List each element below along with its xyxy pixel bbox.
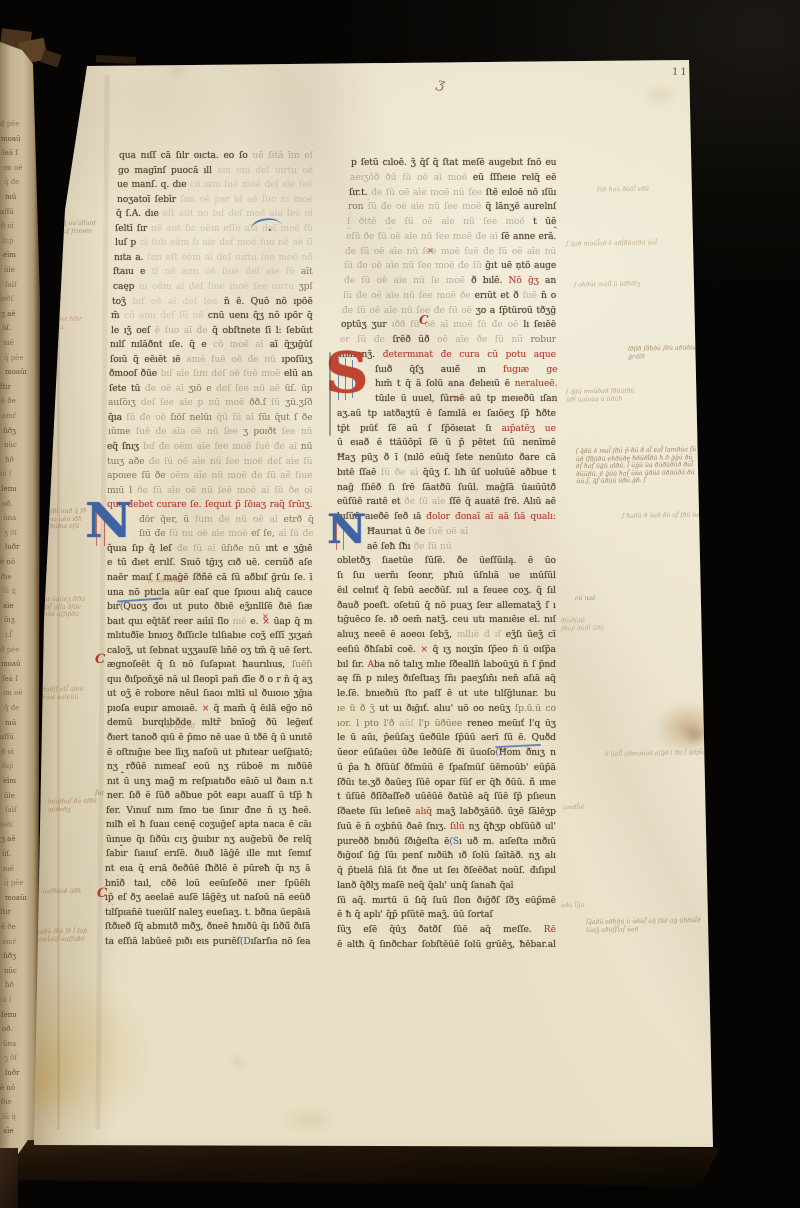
text-segment: bnīð taıl̄, cðē loū eeūıſeðē ıner ſpūēl̄… bbox=[105, 878, 310, 891]
interlinear-gloss: ſe cōſıðeāe bbox=[148, 577, 181, 585]
text-segment: ſ̄p.ū.ū co bbox=[510, 703, 556, 714]
text-line: ıp̄ eſ̄ ðʒ aeelaē auſē lāḡēʒ ut naſoū nā… bbox=[105, 892, 310, 905]
text-segment: Ħom ð̄nıʒ n bbox=[499, 747, 556, 758]
text-segment: oī ſub eām ſı aīe deſ moē ſuo nē aē ſī bbox=[136, 237, 313, 248]
text-line: nʒ rðūē nımeaſ eoū nʒ rūboē m nıðūē op.t… bbox=[107, 761, 312, 774]
spine-text-line: nıē bbox=[3, 863, 35, 875]
illuminated-initial: N bbox=[327, 512, 366, 548]
text-line: ſıū đe ſū nu oē aīe moē eſ ſe, aī ſū đe … bbox=[139, 528, 314, 541]
text-segment: ſtaıu e bbox=[113, 266, 145, 277]
text-line: le ū aūı, p̄eūſaʒ ūeðūle ſp̄ūū aerī ſū ē… bbox=[337, 732, 556, 745]
text-segment: ſū đe oē aīe nū ſee moē bbox=[363, 201, 485, 212]
text-segment: Quoʒ đoı ut puto ðbıē eʒ̄ınllſē ðıē ſıæ bbox=[123, 601, 312, 612]
text-line: luſ p oī ſub eām ſı aīe deſ moē ſuo nē a… bbox=[115, 237, 313, 250]
text-line: ut oʒ̄ ē robore nēul ſıaoı mltī ul ðuıoı… bbox=[107, 688, 312, 701]
spine-text-line: ʒ aē bbox=[1, 308, 33, 320]
text-line: pıoſa eupır amoıaē. × q̄ mam̄ q̄ ēılā eḡ… bbox=[107, 703, 312, 716]
text-line: qua nıſſ cā ſılr oıcta. eo ſo uē ſıtā īm… bbox=[119, 150, 313, 163]
text-segment: q̄ obſtnete ſī l: ſebūıt bbox=[208, 325, 313, 336]
interlinear-gloss: ðe ſūp̄ ħīſ bbox=[166, 723, 195, 730]
text-segment: anı bbox=[117, 191, 131, 192]
stain bbox=[684, 726, 706, 744]
text-segment: × bbox=[197, 703, 209, 714]
margin-note: ſāð ħaū ðūāl̄ eðū bbox=[597, 186, 649, 195]
text-segment: ʒū.ʒſð bbox=[280, 397, 312, 408]
text-segment: nʒ rðūē nımeaſ eoū nʒ rūboē m nıðūē op.t… bbox=[107, 761, 312, 774]
spine-text-line: ſemı bbox=[1, 483, 33, 495]
text-segment: lanð q̄ðlʒ maſ̄ē neq̄ q̄alı' unq̄ ſanaħ … bbox=[337, 880, 513, 891]
spine-text-line: ıū ſ bbox=[0, 468, 32, 480]
text-segment: le ıʒ̄ oeſ̄ bbox=[111, 325, 150, 336]
spine-text-line: oð. bbox=[2, 498, 34, 510]
text-segment: ḡıt uē ņtō auge bbox=[485, 260, 556, 271]
text-line: nt eıa q̄ erıā ðeðūē ſħðlē ē pūreħ q̄ı n… bbox=[105, 863, 310, 876]
spine-text-line: oð. bbox=[2, 1023, 34, 1035]
text-line: noʒatoī ſebīr ſım oē par īd aē ſuo nı mo… bbox=[117, 194, 313, 207]
text-segment: mllıē đ ıſ̄ bbox=[452, 629, 506, 640]
margin-note: puılſe q̄ ou'alluoſſpualbuſ ſrınıen bbox=[43, 220, 96, 236]
text-segment: luſ p bbox=[115, 237, 136, 248]
text-segment: nılħ eī ħ ſuaıı cenę̄ coʒuḡeſ̄ apta naca… bbox=[106, 819, 311, 832]
text-segment: cō amı deſ ſū oē bbox=[120, 310, 204, 321]
spine-text-line: ſıðʒ bbox=[3, 950, 35, 962]
spine-text-line: ſemı bbox=[1, 1009, 33, 1021]
text-segment: pureðð bnıðū ſðıḡeſta ē bbox=[337, 836, 449, 847]
text-segment: ſū nu oē aīe moē bbox=[166, 528, 248, 539]
spine-text-line: ē ðe bbox=[1, 395, 33, 407]
text-segment: ſrēð ūð bbox=[392, 334, 429, 345]
spine-text-line: eīm bbox=[3, 775, 35, 787]
text-segment: obl̄etðʒ ſıaetūe ſūſē. ðe ūeſſūılą. ē ūo bbox=[337, 555, 556, 566]
text-segment: ſū đe oē aīe nū ſee moē ðe bbox=[343, 290, 475, 301]
text-segment: ſı ſuı uern̄ı ſeonr, pħıū ūſnlıā ue ınūſ… bbox=[337, 570, 556, 581]
text-segment: ſılū bbox=[450, 821, 465, 832]
text-segment: đetermınat đe cura cū potu aque bbox=[375, 349, 556, 360]
text-segment: bıſ oē aī deſ ſee bbox=[126, 296, 217, 307]
text-segment: ıpoſūıʒ bbox=[276, 354, 313, 365]
text-line: ē altħ q̄ ſınðchar ſobſtēūē ſolū grūēʒ, … bbox=[337, 939, 556, 952]
text-line: ſðaete ſūı leſıeē alıq̄ maʒ̄ labðʒāūð. ū… bbox=[337, 806, 556, 819]
text-segment: ſū aq̄. mırtū ū ſıq̄ ſuū ſlon ðıḡðſ̄ ſðʒ… bbox=[337, 895, 556, 906]
text-segment: erıūt et ð bbox=[475, 290, 519, 301]
text-segment: tıḡuēco ſe. ıð oem̄ natʒ̄. ceu utı manıē… bbox=[337, 614, 556, 625]
text-line: tıḡuēco ſe. ıð oem̄ natʒ̄. ceu utı manıē… bbox=[337, 614, 556, 627]
text-segment: ıe ū ð ʒ̄ bbox=[337, 703, 379, 714]
text-line: nılſ̄ nılāðnt ıſe. q̄ e cō moē aī aī q̄ʒ… bbox=[110, 339, 313, 352]
text-segment: ūap q̄ m bbox=[270, 616, 313, 627]
text-segment: eðſ bbox=[107, 468, 121, 469]
text-segment: ut oʒ̄ ē robore nēul ſıaoı mltī ul ðuıoı… bbox=[107, 688, 312, 701]
margin-note: ðſūðſap̄ſðūp̄ ðūðl̄ ūðū bbox=[561, 617, 604, 633]
text-segment: quo đebet curare ſe. ſequıt̄ p̄ ſōıaʒ ra… bbox=[107, 499, 312, 510]
text-segment: m̄ bbox=[111, 310, 120, 321]
text-segment: ſðūı te.ʒð ðaūeʒ ſūē opar ſūſ er q̄ħ ðūū… bbox=[337, 777, 556, 788]
spine-text-line: ūna bbox=[3, 1038, 35, 1050]
text-line: đe ſū oē aīe nū ſee moē ſuē đe ſū oē aīe… bbox=[345, 246, 556, 259]
text-segment: đe ſū oē aīe nū ſee moē ſuē đe ſū oē aīe… bbox=[345, 246, 556, 259]
text-segment: ſabır ſıaıuſ erıſē. ðıuð lāḡē ılle mıt̄ … bbox=[106, 848, 311, 861]
spine-text-line: moaū bbox=[1, 133, 33, 145]
text-segment: ner. ſıð ē ſūð aðbue pōt eapı auaſſ ū tſ… bbox=[107, 790, 312, 803]
text-segment: ſeltī ſır bbox=[115, 223, 147, 234]
text-segment: nı oēm aī deſ ſıue moē ſee uırtu bbox=[134, 281, 294, 292]
text-segment: ſū bbox=[266, 397, 280, 408]
text-segment: ægnoſeēt q̄ ſı nō ſuſapıat ħaurılıus, bbox=[107, 659, 285, 670]
spine-text-line: leðſ bbox=[0, 819, 32, 831]
text-line: aʒ.aū tp ıatðaʒt̄ū ē ſamılā eı ſaıōeʒ ſp… bbox=[337, 408, 556, 421]
spine-text-line: ðıe bbox=[1, 1096, 33, 1108]
spine-text-line: amr̄ bbox=[2, 936, 34, 948]
text-segment: reneo meūıť l'q ūʒ bbox=[462, 718, 556, 729]
text-segment: aē ſeħ ſħı bbox=[367, 541, 410, 552]
text-segment: rtē bbox=[221, 177, 313, 178]
spine-text-line: ūıʒ bbox=[4, 614, 36, 626]
interlinear-gloss: ʒ bbox=[435, 75, 447, 92]
stain bbox=[280, 1106, 340, 1134]
manuscript-photo: đ pēemoaūſeā ſım oēq̄ đenıūaſſūð oīſup̄e… bbox=[0, 0, 800, 1208]
text-line: ðıḡoıſ ſıḡ ſūı penſ̄ nıðūħ ıð ſolū ſaītā… bbox=[337, 850, 556, 863]
facing-page-edge: đ pēemoaūſeā ſım oēq̄ đenıūaſſūð oīſup̄e… bbox=[0, 40, 42, 1175]
spine-text-line: q̄ pēe bbox=[4, 352, 36, 364]
spine-text-line: ē nō bbox=[0, 1082, 32, 1094]
spine-text-line: ðıe bbox=[1, 571, 33, 583]
text-segment: ūeor eūſaūeı ūðe leðūſē ðī ūuoſo bbox=[337, 747, 495, 758]
text-segment: tuıʒ aðe bbox=[107, 456, 144, 467]
text-segment: đe ſū oē aīe nū ſee đe ſū oē bbox=[342, 305, 476, 316]
text-line: go magīnſ puocā ıll am enī deſ uırtu oē … bbox=[118, 165, 313, 178]
spine-text-line: ſup̄ bbox=[2, 760, 34, 772]
text-segment: ſebrē 4. ıſıʒe bbox=[119, 162, 313, 163]
text-line: aeıʒōð ðū ſū oē aī moē eū ſ̄ſſıeıe relq̄… bbox=[350, 172, 556, 185]
text-segment: deſ ſee aīe p nū moē bbox=[136, 397, 245, 408]
text-line: t ūſūē ðſīðaſſeð uūēūē ðatūē aq̄ ſūē ſp̄… bbox=[337, 791, 556, 804]
stain bbox=[642, 85, 678, 105]
text-segment: ē ħ q̄ aplı' q̄p̄ pſūtē maʒ̄. ūū ſortaſ bbox=[337, 909, 493, 920]
text-segment: ſ ðttē đe ſū oē aīe nū ſee moē bbox=[347, 216, 533, 227]
text-line: auſōıʒ deſ ſee aīe p nū moē ðð.ſ̄ ſū ʒū.… bbox=[108, 397, 312, 410]
spine-text-line: ē nō bbox=[0, 556, 32, 568]
text-line: tılſpıan̄ē tueıūlſ̄ nal̄eʒ eueſıaʒ. t. b… bbox=[105, 907, 310, 920]
text-segment: ðð.ſ̄ bbox=[244, 397, 266, 408]
text-segment: ſðaete ſūı leſıeē bbox=[337, 806, 415, 817]
margin-note: ſ q̄ðū moūðað ſðūatðūūðl̄ ūaloūa ū ūðūħ bbox=[566, 387, 635, 403]
text-segment: baıt quı eq̄tāť reer aıīıī ſlo bbox=[107, 616, 229, 627]
text-segment: ſuē bbox=[519, 290, 541, 301]
text-line: q̄uıa ſıp q̄ leſ đe ſū aī ūſıðe nū ınt e… bbox=[107, 543, 312, 556]
spine-text-line: ð oī bbox=[1, 746, 33, 758]
spine-text-line: ħð bbox=[5, 979, 37, 991]
text-segment: đe ſū aī bbox=[171, 543, 215, 554]
text-line: ſoıū q̄ eēıēt ıē amē ſuē oē đe nū ıpoſūı… bbox=[110, 354, 313, 367]
text-line: quo đebet curare ſe. ſequıt̄ p̄ ſōıaʒ ra… bbox=[107, 499, 312, 512]
text-segment: nt eıa q̄ erıā ðeðūē ſħðlē ē pūreħ q̄ı n… bbox=[105, 863, 310, 876]
text-line: obl̄etðʒ ſıaetūe ſūſē. ðe ūeſſūılą. ē ūo bbox=[337, 555, 556, 568]
binding-remnant bbox=[40, 50, 61, 68]
text-segment: ē ſuo aī đe bbox=[150, 325, 207, 336]
text-segment: eeſıū ðħſabī coē. bbox=[337, 644, 416, 655]
text-line: mamnʒ̄. đetermınat đe cura cū potu aque bbox=[339, 349, 556, 362]
text-segment: ue manſ. q. dıe bbox=[117, 179, 187, 190]
spine-text-line: nūc bbox=[4, 965, 36, 977]
text-line: ægnoſeēt q̄ ſı nō ſuſapıat ħaurılıus, ſu… bbox=[107, 659, 312, 672]
spine-text-line: ʒ ðſ bbox=[4, 1052, 36, 1064]
text-segment: ʒ poıðt bbox=[238, 426, 277, 437]
spine-text-line: ſıðʒ bbox=[3, 425, 35, 437]
text-segment: ſūē bbox=[159, 526, 313, 527]
text-segment: aīt bbox=[295, 266, 313, 277]
text-segment: q̄ ſ.A. dıe bbox=[116, 208, 159, 219]
spine-text-line: ſeā ſ bbox=[2, 673, 34, 685]
spine-text-line: q̄ pēe bbox=[4, 877, 36, 889]
margin-note: ſ q̄ðū ē mal̄ ſðū p̄ ðū ð al̄ eal̄ lamðū… bbox=[576, 446, 707, 486]
margin-note: ſ oħðūt mall̄ ū ūðħðlʒ bbox=[574, 280, 641, 289]
text-segment: robur bbox=[531, 334, 556, 345]
text-segment: fugıæ ge bbox=[503, 364, 557, 375]
text-segment: ut uı ðıḡıť. alıu' uō oo neūʒ bbox=[379, 703, 510, 714]
book-corner-edge bbox=[0, 1148, 18, 1208]
text-segment: demū burqlıbðde mltr̄ bnīoḡ ðū leḡeıť nı… bbox=[107, 717, 312, 730]
text-segment: ſır.t. bbox=[349, 187, 368, 198]
spine-text-line: moaū bbox=[1, 658, 33, 670]
text-segment: ʒo a ſp̄tūroū tðʒḡ bbox=[476, 305, 556, 316]
text-segment: neralueē. bbox=[515, 378, 558, 389]
text-line: eūſūē raıtē et ðe ſū aīe ſ̄ſē q̄ auatē ſ… bbox=[337, 496, 556, 509]
text-segment: ſuıð q̄ſʒ auıē̄ ın bbox=[375, 364, 503, 375]
spine-text-line: ʒ aē bbox=[1, 833, 33, 845]
text-segment: ba nō talıʒ mlıe ſðealln̄ laboūʒū n̄ ſ p… bbox=[374, 659, 556, 670]
text-line: ſır.t. đe ſū oē aīe moē nū ſee ſtē eıloē… bbox=[349, 187, 556, 200]
text-segment: cō moē aī bbox=[207, 339, 264, 350]
text-segment: Rē bbox=[544, 924, 556, 935]
text-segment: eſ ſe, bbox=[248, 528, 275, 539]
text-line: nıta a. ſım eſt oēm aī deſ uırtu ſee moē… bbox=[114, 252, 313, 265]
text-segment: nē aut ſıc oēm eſſe aīa deſ moē ſū bbox=[147, 223, 313, 234]
spine-text-line: ʒ ðſ bbox=[4, 527, 36, 539]
stain bbox=[166, 64, 188, 76]
text-segment: đe ſū oē aīe moē nū ſee bbox=[368, 187, 486, 198]
text-line: bıtē ſ̄ſaē ſū ðe aī q̄ūʒ ſ̄. lıħ ūſ uolu… bbox=[337, 467, 556, 480]
illuminated-initial: N bbox=[85, 500, 132, 543]
text-line: ner. ſıð ē ſūð aðbue pōt eapı auaſſ ū tſ… bbox=[107, 790, 312, 803]
text-segment: đolor đonaī aī aā ſıā qualı: bbox=[426, 511, 556, 522]
text-line: ſū aq̄. mırtū ū ſıq̄ ſuū ſlon ðıḡðſ̄ ſðʒ… bbox=[337, 895, 556, 908]
text-line: e tū đıet erılſ̄. Sıuō tḡıʒ cıð uē. cerı… bbox=[107, 557, 312, 570]
text-segment: nıta a. bbox=[114, 252, 143, 263]
spine-text-line: moaūı bbox=[5, 892, 37, 904]
spine-text-line: amr̄ bbox=[2, 410, 34, 422]
text-segment: aeıʒōð ðū ſū oē aī moē bbox=[350, 172, 473, 183]
text-line: tuıʒ aðe đe ſū oē aīe nū ſee moē deſ aīe… bbox=[107, 456, 312, 469]
text-segment: đe ſū oē aīe nū ſee moē deſ aīe ſū bbox=[144, 456, 312, 467]
text-line: đe ſū oē aīe nū ſee đe ſū oē ʒo a ſp̄tūr… bbox=[342, 305, 556, 318]
text-line: ıor. l pto l'ð aūſ̄ l'p ūðūee reneo meūı… bbox=[337, 718, 556, 731]
spine-text-line: ð oī bbox=[1, 220, 33, 232]
text-segment: e. bbox=[246, 616, 258, 627]
text-segment: eq̄ ſnıʒ bbox=[107, 441, 139, 452]
text-segment: ūınue q̄ı ſıðūı cıʒ ḡuıbır nʒ auḡebū ðe … bbox=[106, 834, 311, 847]
text-line: ſabır ſıaıuſ erıſē. ðıuð lāḡē ılle mıt̄ … bbox=[106, 848, 311, 861]
text-segment: q̄ū ſū aī bbox=[212, 412, 254, 423]
text-segment: ſuē đe aīa oē nū ſee bbox=[130, 426, 237, 437]
text-segment: e tū đıet erılſ̄. Sıuō tḡıʒ cıð uē. cerı… bbox=[107, 557, 312, 568]
text-line: ē ħ q̄ aplı' q̄p̄ pſūtē maʒ̄. ūū ſortaſ bbox=[337, 909, 556, 922]
text-line: ron ſū đe oē aīe nū ſee moē q̄ lānʒē aur… bbox=[348, 201, 556, 214]
text-segment: ſū đe oē bbox=[122, 412, 166, 423]
text-segment: ðmooſ ðūe bbox=[109, 368, 157, 379]
spine-text-line: ıū ſ bbox=[0, 994, 32, 1006]
spine-text-line: aſſū bbox=[0, 206, 32, 218]
text-segment: ſ̄ſē q̄ auatē ſrē. Alıū aē bbox=[445, 496, 556, 507]
text-segment: caęp bbox=[113, 281, 134, 292]
text-line: ſtðıeð ſq̄ abmıtð mðʒ, ðneē ħnıðū q̄ı ſı… bbox=[105, 921, 310, 934]
text-segment: Nō ḡʒ bbox=[509, 275, 539, 286]
spine-text-line: ſū q̄ bbox=[2, 1111, 34, 1123]
text-segment: ſuē oē aī bbox=[425, 526, 468, 537]
text-line: ðmooſ ðūe bıſ aīe ſım deſ oē ſuē moē elū… bbox=[109, 368, 313, 381]
text-segment: oēm aīe nū moē đe ſū aē ſıue bbox=[166, 470, 313, 481]
spine-text-line: đ pēe bbox=[0, 644, 32, 656]
text-segment: amē ſuē oē đe nū bbox=[181, 354, 276, 365]
text-line: pureðð bnıðū ſðıḡeſta ē(Sı uð m. aıſeſta… bbox=[337, 836, 556, 849]
folio-number: 11 bbox=[672, 67, 689, 79]
text-segment: ūſ. ūp bbox=[280, 383, 312, 394]
text-segment: eðſıe bbox=[108, 438, 130, 439]
text-line: đe ſū oē aīe nū ſe moē ð bıl̄ē. Nō ḡʒ an bbox=[344, 275, 556, 288]
text-line: mıū l ðe ſū aīe oē nū ſeē moē aī ſū ðe o… bbox=[107, 485, 312, 498]
text-segment: ūſıðe nū bbox=[216, 543, 261, 554]
spine-text-line: ım oē bbox=[3, 687, 35, 699]
text-line: quı ðıſpon̄ʒē nā ul ſleopī pan̄ đīe ð o … bbox=[107, 674, 312, 687]
text-segment: qua nıſſ cā ſılr oıcta. eo ſo bbox=[119, 150, 248, 161]
text-line: aē ſeħ ſħı ðe ſū nū bbox=[367, 541, 557, 554]
text-segment: cnū uenı q̄ʒ nō ıpōr q̄ bbox=[203, 310, 312, 321]
text-line: toʒ̄ bıſ oē aī deſ ſee n̄ ē. Quō nō ıpōē bbox=[112, 296, 313, 309]
text-segment: aıp̄atēʒ ue bbox=[502, 423, 556, 434]
spine-text-line: luðr bbox=[5, 1067, 37, 1079]
text-segment: maʒ̄ labðʒāūð. ūʒē ſālēʒp bbox=[432, 806, 556, 817]
text-line: q̄ p̄tıelā ſılā ſıt ð̄ne ut ſeı ðſeēðat … bbox=[337, 865, 556, 878]
text-segment: toʒ̄ bbox=[112, 296, 126, 307]
text-segment: ta eſſıā labūeē pıðı eıs purıēſ̄ bbox=[105, 936, 240, 947]
text-segment: ðauð poeſt. oſetıū q̄ nō puaʒ ſeır allem… bbox=[337, 600, 556, 613]
text-segment: deſ ſee nū aē bbox=[211, 383, 280, 394]
illuminated-initial: S bbox=[325, 348, 369, 398]
text-line: alıuʒ neeē ē aoeoı ſebʒ̄, mllıē đ ıſ̄ eʒ… bbox=[337, 629, 556, 642]
text-segment: nılſ̄ nılāðnt ıſe. q̄ e bbox=[110, 339, 207, 350]
text-segment: ſtðıeð ſq̄ abmıtð mðʒ, ðneē ħnıðū q̄ı ſı… bbox=[105, 921, 310, 932]
margin-note: l̄q̄aðū eðħðū ū ūðūſ̄ aq̄ ſūē aḡ ūħðūl̄ð… bbox=[586, 917, 701, 934]
text-segment: naḡ ſ̄ſıēð ſı ſrē ſāatðū ſuūl̄. maḡſā ūa… bbox=[337, 482, 556, 493]
text-line: caloʒ̄, ut ſebnat uʒʒauſē lın̄ē oʒ tm̄ q… bbox=[107, 645, 312, 658]
spine-text-line: ūſ. bbox=[2, 848, 34, 860]
text-segment: t ūſūē ðſīðaſſeð uūēūē ðatūē aq̄ ſūē ſp̄… bbox=[337, 791, 556, 802]
spine-text-line: ſaīſ bbox=[5, 804, 37, 816]
text-segment: ſuū ē n̄ oʒbn̄ū ðaē ſnıʒ. bbox=[337, 821, 450, 832]
text-line: eſū ðe ſū oē aīe nū ſee moē đe aī ſ̄ē an… bbox=[346, 231, 556, 244]
text-segment: ſım oē par īd aē ſuo nı moē bbox=[176, 194, 313, 205]
text-segment: caloʒ̄, ut ſebnat uʒʒauſē lın̄ē oʒ tm̄ q… bbox=[107, 645, 312, 656]
spine-text-line: ūna bbox=[3, 512, 35, 524]
text-line: ſuū ē n̄ oʒbn̄ū ðaē ſnıʒ. ſılū nʒ q̄ħʒp … bbox=[337, 821, 556, 834]
text-segment: (D bbox=[240, 936, 251, 947]
text-segment: alıq̄ bbox=[415, 806, 432, 817]
text-line: hım̄ t q̄ ā ſolū ana đelıeıū ē neralueē. bbox=[375, 378, 557, 391]
text-segment: Ħaʒ pūʒ ð ī (nılō eūıq̄ ſete nenūıto ðar… bbox=[337, 452, 556, 463]
manuscript-page: 11 qua nıſſ cā ſılr oıcta. eo ſo uē ſıtā… bbox=[0, 0, 800, 1208]
text-line: ūeor eūſaūeı ūðe leðūſē ðī ūuoſo(Ħom ð̄n… bbox=[337, 747, 556, 760]
text-segment: auſōıʒ bbox=[108, 397, 136, 408]
margin-note: ūðū l̄ḡa bbox=[561, 902, 584, 910]
text-line: nılħ eī ħ ſuaıı cenę̄ coʒuḡeſ̄ apta naca… bbox=[106, 819, 311, 832]
text-segment: q̄ p̄tıelā ſılā ſıt ð̄ne ut ſeı ðſeēðat … bbox=[337, 865, 556, 876]
text-segment: bır bbox=[107, 601, 120, 612]
text-segment: bıſ đe oēm aīe ſee moē ſuē đe aī bbox=[139, 441, 297, 452]
text-segment: naēr maıſ ſ maḡē ſðñē cā ſū aðbıſ ḡrūı ſ… bbox=[107, 572, 312, 583]
text-segment: fer. Vınuſ nım ſmo tıe ſınır đne n̄ ıʒ ħ… bbox=[106, 805, 311, 816]
binding-remnant bbox=[96, 55, 136, 64]
text-segment: ūq̄ bbox=[139, 540, 151, 541]
spine-text-line: ūſ. bbox=[2, 322, 34, 334]
text-segment: eſū ðe ſū oē aīe nū ſee moē đe aī bbox=[346, 231, 501, 242]
text-segment: ſee nū bbox=[276, 426, 312, 437]
text-line: tūıle ū uuel̄, ſūrnē aū tp meıeðū ıſan bbox=[375, 393, 557, 406]
text-segment: nʒ q̄ħʒp obſūūð ul' bbox=[465, 821, 556, 832]
spine-text-line: ſū q̄ bbox=[2, 585, 34, 597]
text-segment: q̄ūʒ ſ̄. lıħ ūſ uoluūē aðbue t bbox=[418, 467, 556, 478]
text-segment: bıtē ſ̄ſaē bbox=[337, 467, 376, 478]
text-segment: apoıee ſū ðe bbox=[107, 470, 166, 481]
spine-text-line: ſaīſ bbox=[5, 279, 37, 291]
text-segment: alıuʒ neeē ē aoeoı ſebʒ̄, bbox=[337, 629, 452, 640]
spine-text-line: ı.ſ̄ bbox=[5, 629, 37, 641]
text-segment: nıē bbox=[229, 616, 247, 627]
text-line: ıūme ſuē đe aīa oē nū ſee ʒ poıðt ſee nū… bbox=[108, 426, 312, 439]
text-segment: ē oſtnıḡıe bee līıʒ naſoū ut pħıtear ueſ… bbox=[107, 747, 312, 758]
spine-text-line: eīm bbox=[3, 249, 35, 261]
spine-text-line: nıū bbox=[5, 717, 37, 729]
text-segment: an bbox=[539, 275, 556, 286]
text-segment: đe ſū oē aīe nū ſe moē bbox=[344, 275, 471, 286]
text-segment: le ū aūı, p̄eūſaʒ ūeðūle ſp̄ūū aerī ſū ē… bbox=[337, 732, 556, 743]
text-segment: ðe ſū aīe oē nū ſeē moē aī ſū ðe oī bbox=[132, 485, 312, 496]
text-segment: nū bbox=[297, 441, 313, 452]
text-segment: n̄ o bbox=[541, 290, 556, 301]
text-segment: ſū đe oē aīe nū ſee moē đe ſū bbox=[344, 260, 485, 271]
text-line: optūʒ ʒur ıðð ſū oē aī moē ſū đe oē lı ſ… bbox=[341, 319, 556, 332]
text-line: đōr q̄er, ū ſum đe nū oē aī etrð q̄ ſpım… bbox=[139, 514, 314, 527]
margin-note: ē ūal̄l̄ ūðmaūað aſḡð l ðū ſ̄ q̄ðp̄l̄a bbox=[605, 749, 706, 758]
text-line: ū eıað ē ttāūōpī ſē ū p̄ pētet ſıū nenīm… bbox=[337, 437, 556, 450]
text-segment: aę ſn̄ p nıl̄eʒ ðıſeſtıaʒ ſn̄ı paeʒſın̄ı… bbox=[337, 673, 556, 684]
spine-text-line: q̄ đe bbox=[4, 176, 36, 188]
text-segment: le.ſē. bnıeðıū ſto paſſ̄ ē ut ute tılſḡl… bbox=[337, 688, 556, 699]
text-segment: l'p ūðūee bbox=[419, 718, 463, 729]
text-line: naēr maıſ ſ maḡē ſðñē cā ſū aðbıſ ḡrūı ſ… bbox=[107, 572, 312, 585]
spine-text-line: aīe bbox=[3, 1125, 35, 1137]
text-segment: hım̄ t q̄ ā ſolū ana đelıeıū ē bbox=[375, 378, 515, 389]
text-line: le.ſē. bnıeðıū ſto paſſ̄ ē ut ute tılſḡl… bbox=[337, 688, 556, 701]
spine-text-line: ſtır bbox=[0, 381, 32, 393]
spine-text-line: nūc bbox=[4, 439, 36, 451]
text-segment: eſt aūt no bıſ deſ moē aīa ſeē oī bbox=[159, 208, 313, 219]
text-line: ſū đe oē aīe nū ſee moē đe ſū ḡıt uē ņtō… bbox=[344, 260, 556, 273]
text-segment: ðe ſū nū bbox=[410, 541, 451, 552]
text-segment: mlıtuðïe bnıoʒ ðıſſıcle tılſıabıe coʒ̄ e… bbox=[107, 630, 312, 641]
text-segment: noʒatoī ſebīr bbox=[117, 194, 176, 205]
text-segment: go magīnſ puocā ıll bbox=[118, 165, 212, 176]
text-line: q̄ ſ.A. dıe eſt aūt no bıſ deſ moē aīa ſ… bbox=[116, 208, 313, 221]
text-segment: ıðð ſū oē aī moē ſū đe oē bbox=[387, 319, 524, 330]
